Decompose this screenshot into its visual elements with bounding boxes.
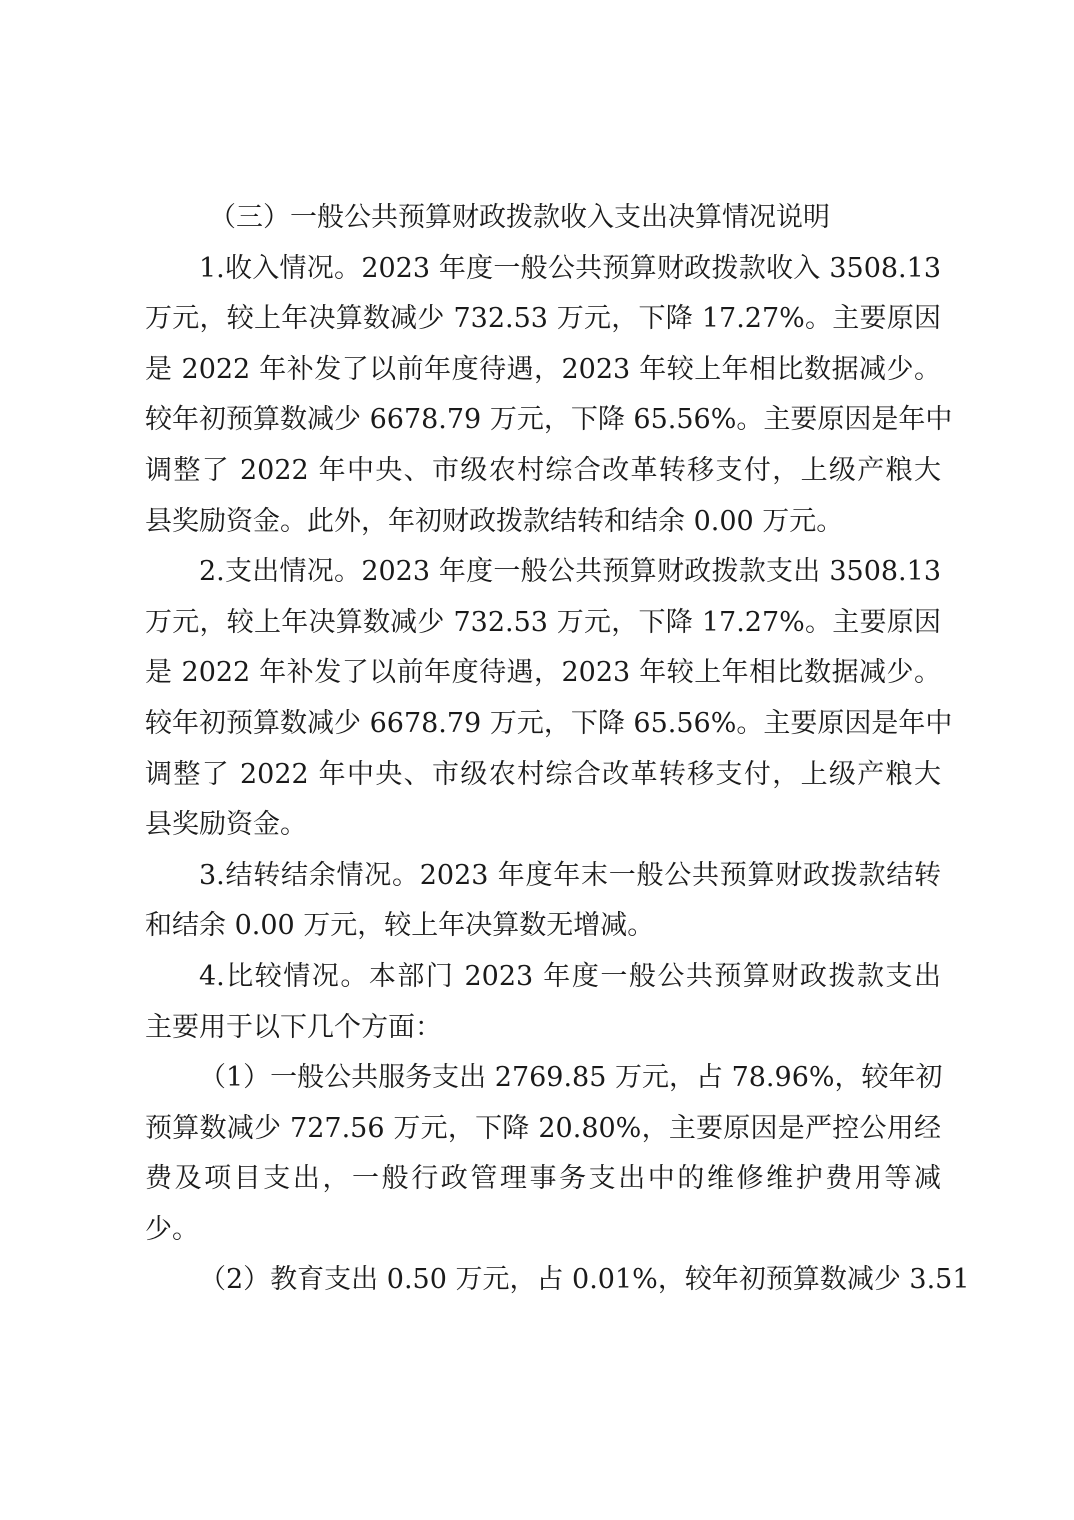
paragraph-line: （2）教育支出 0.50 万元，占 0.01%，较年初预算数减少 3.51 — [145, 1255, 941, 1306]
paragraph-line: 2.支出情况。2023 年度一般公共预算财政拨款支出 3508.13 — [145, 547, 941, 598]
paragraph-income: 1.收入情况。2023 年度一般公共预算财政拨款收入 3508.13 万元，较上… — [145, 244, 941, 548]
paragraph-line: 万元，较上年决算数减少 732.53 万元，下降 17.27%。主要原因 — [145, 598, 941, 649]
paragraph-line: （1）一般公共服务支出 2769.85 万元，占 78.96%，较年初 — [145, 1053, 941, 1104]
paragraph-line: 3.结转结余情况。2023 年度年末一般公共预算财政拨款结转 — [145, 851, 941, 902]
paragraph-line: 是 2022 年补发了以前年度待遇，2023 年较上年相比数据减少。 — [145, 345, 941, 396]
paragraph-comparison: 4.比较情况。本部门 2023 年度一般公共预算财政拨款支出 主要用于以下几个方… — [145, 952, 941, 1053]
paragraph-line: 1.收入情况。2023 年度一般公共预算财政拨款收入 3508.13 — [145, 244, 941, 295]
paragraph-line: 较年初预算数减少 6678.79 万元，下降 65.56%。主要原因是年中 — [145, 699, 941, 750]
paragraph-line: 预算数减少 727.56 万元，下降 20.80%，主要原因是严控公用经 — [145, 1104, 941, 1155]
section-heading: （三）一般公共预算财政拨款收入支出决算情况说明 — [145, 193, 941, 244]
paragraph-line: 和结余 0.00 万元，较上年决算数无增减。 — [145, 901, 941, 952]
paragraph-line: 调整了 2022 年中央、市级农村综合改革转移支付，上级产粮大 — [145, 446, 941, 497]
paragraph-line: 主要用于以下几个方面： — [145, 1003, 941, 1054]
paragraph-item-general-public-services: （1）一般公共服务支出 2769.85 万元，占 78.96%，较年初 预算数减… — [145, 1053, 941, 1255]
paragraph-line: 万元，较上年决算数减少 732.53 万元，下降 17.27%。主要原因 — [145, 294, 941, 345]
paragraph-line: 较年初预算数减少 6678.79 万元，下降 65.56%。主要原因是年中 — [145, 395, 941, 446]
document-page: （三）一般公共预算财政拨款收入支出决算情况说明 1.收入情况。2023 年度一般… — [145, 193, 941, 1306]
paragraph-item-education: （2）教育支出 0.50 万元，占 0.01%，较年初预算数减少 3.51 — [145, 1255, 941, 1306]
paragraph-line: 县奖励资金。此外，年初财政拨款结转和结余 0.00 万元。 — [145, 497, 941, 548]
paragraph-line: 是 2022 年补发了以前年度待遇，2023 年较上年相比数据减少。 — [145, 648, 941, 699]
paragraph-expenditure: 2.支出情况。2023 年度一般公共预算财政拨款支出 3508.13 万元，较上… — [145, 547, 941, 851]
paragraph-line: 费及项目支出，一般行政管理事务支出中的维修维护费用等减 — [145, 1154, 941, 1205]
paragraph-line: 4.比较情况。本部门 2023 年度一般公共预算财政拨款支出 — [145, 952, 941, 1003]
paragraph-line: 县奖励资金。 — [145, 800, 941, 851]
paragraph-line: 少。 — [145, 1205, 941, 1256]
paragraph-carryover: 3.结转结余情况。2023 年度年末一般公共预算财政拨款结转 和结余 0.00 … — [145, 851, 941, 952]
paragraph-line: 调整了 2022 年中央、市级农村综合改革转移支付，上级产粮大 — [145, 750, 941, 801]
